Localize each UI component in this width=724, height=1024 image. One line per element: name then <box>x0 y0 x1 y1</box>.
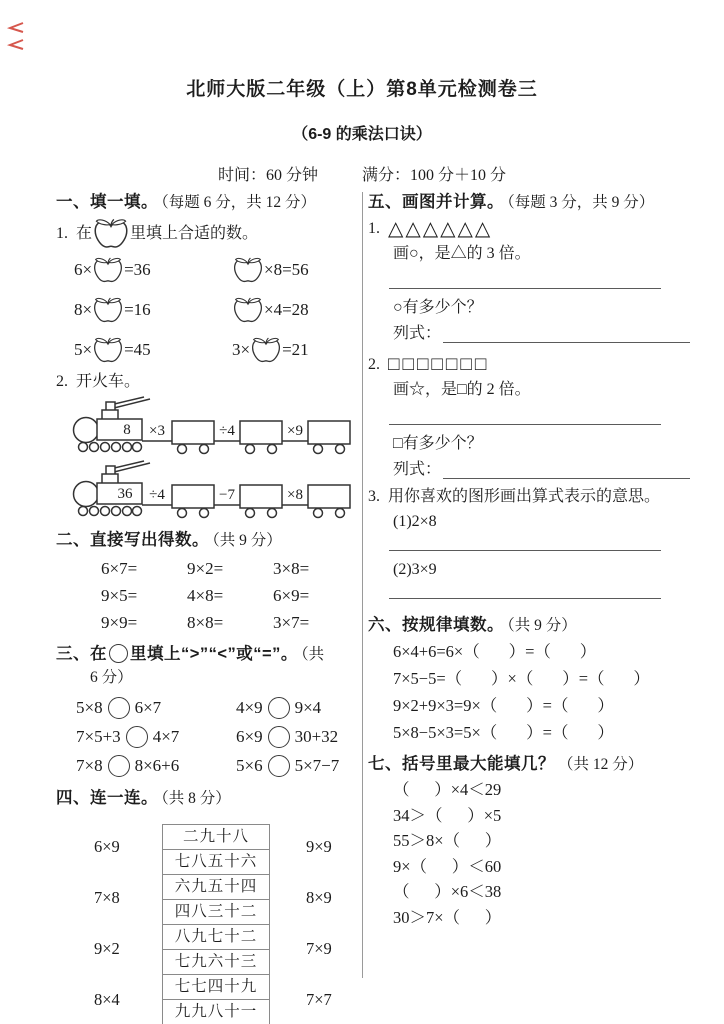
match-cell: 六九五十四 <box>162 874 270 900</box>
circle-placeholder-icon <box>268 726 290 748</box>
right-column: 五、画图并计算。（每题 3 分，共 9 分） 1. △△△△△△ 画○，是△的 … <box>368 190 712 930</box>
compare-item: 5×65×7−7 <box>236 755 339 777</box>
match-cell: 七九六十三 <box>162 949 270 975</box>
apple-icon <box>92 296 124 324</box>
question-number: 2. <box>56 370 76 394</box>
question-text-before: 在 <box>76 222 92 246</box>
circle-placeholder-icon <box>268 755 290 777</box>
section5-heading: 五、画图并计算。（每题 3 分，共 9 分） <box>368 190 712 215</box>
circle-placeholder-icon <box>108 697 130 719</box>
triangle-shapes: △△△△△△ <box>388 217 492 241</box>
apple-equation: ×8=56 <box>232 256 309 284</box>
sub-item: (2)3×9 <box>393 557 712 583</box>
section2-score: （共 9 分） <box>212 532 282 549</box>
calc-grid: 6×7=9×2=3×8= 9×5=4×8=6×9= 9×9=8×8=3×7= <box>101 555 358 636</box>
question-text: 开火车。 <box>76 370 140 394</box>
calc-item: 3×7= <box>273 609 359 636</box>
apple-equation: 6×=36 <box>74 256 232 284</box>
circle-placeholder-icon <box>126 726 148 748</box>
compare-item: 4×99×4 <box>236 697 321 719</box>
section5-score: （每题 3 分，共 9 分） <box>507 194 654 211</box>
section2-heading: 二、直接写出得数。（共 9 分） <box>56 528 358 553</box>
compare-item: 5×86×7 <box>76 697 236 719</box>
section7-heading: 七、括号里最大能填几？（共 12 分） <box>368 752 712 777</box>
answer-blank <box>389 288 661 289</box>
time-label: 时间：60 分钟 <box>218 167 318 184</box>
answer-blank <box>389 424 661 425</box>
section4-title: 四、连一连。 <box>56 789 158 807</box>
train-start-number: 36 <box>118 486 134 502</box>
equation-line: 列式： <box>393 321 690 347</box>
match-item: 7×8 <box>94 887 148 909</box>
question-5-1: 1. △△△△△△ <box>368 217 712 241</box>
apple-icon <box>92 256 124 284</box>
apple-icon <box>250 336 282 364</box>
apple-icon <box>92 217 130 250</box>
max-fill-row: 34＞（ ）×5 <box>393 803 712 829</box>
train-row-2: 36 ÷4 −7 ×8 <box>70 460 358 522</box>
calc-item: 8×8= <box>187 609 273 636</box>
header: 北师大版二年级（上）第8单元检测卷三 （6-9 的乘法口诀） 时间：60 分钟满… <box>0 0 724 185</box>
match-item: 6×9 <box>94 836 148 858</box>
circle-placeholder-icon <box>109 644 128 663</box>
match-cell: 九九八十一 <box>162 999 270 1024</box>
max-fill-row: 30＞7×（ ） <box>393 905 712 931</box>
match-item: 9×9 <box>306 836 332 858</box>
pattern-rows: 6×4+6=6×（ ）=（ ） 7×5−5=（ ）×（ ）=（ ） 9×2+9×… <box>368 638 712 746</box>
section6-score: （共 9 分） <box>507 617 577 634</box>
compare-row: 7×88×6+6 5×65×7−7 <box>76 751 358 780</box>
pattern-row: 6×4+6=6×（ ）=（ ） <box>393 638 712 665</box>
section1-score: （每题 6 分，共 12 分） <box>161 194 316 211</box>
apple-icon <box>92 336 124 364</box>
match-cell: 二九十八 <box>162 824 270 850</box>
apple-equation: 3×=21 <box>232 336 309 364</box>
compare-row: 5×86×7 4×99×4 <box>76 693 358 722</box>
match-cell: 七七四十九 <box>162 974 270 1000</box>
match-right-column: 9×9 8×9 7×9 7×7 <box>306 824 332 1024</box>
section4-score: （共 8 分） <box>161 790 231 807</box>
sub-item: (1)2×8 <box>393 509 712 535</box>
section6-heading: 六、按规律填数。（共 9 分） <box>368 613 712 638</box>
calc-item: 3×8= <box>273 555 359 582</box>
question-text: ○有多少个？ <box>393 295 712 321</box>
section1-heading: 一、填一填。（每题 6 分，共 12 分） <box>56 190 358 215</box>
column-divider <box>362 192 363 978</box>
section7-score: （共 12 分） <box>558 756 643 773</box>
calc-item: 6×7= <box>101 555 187 582</box>
exam-meta: 时间：60 分钟满分：100 分＋10 分 <box>0 162 724 185</box>
match-item: 7×9 <box>306 938 332 960</box>
answer-blank <box>443 342 690 343</box>
max-fill-row: （ ）×4＜29 <box>393 777 712 803</box>
apple-equation-row: 6×=36 ×8=56 <box>74 250 358 290</box>
draw-instruction: 画☆，是□的 2 倍。 <box>393 377 712 403</box>
compare-item: 6×930+32 <box>236 726 338 748</box>
train-operator: ×8 <box>287 487 303 503</box>
page-title: 北师大版二年级（上）第8单元检测卷三 <box>0 0 724 101</box>
answer-blank <box>443 478 690 479</box>
section3-score-open: （共 <box>301 646 324 663</box>
draw-instruction: 画○，是△的 3 倍。 <box>393 241 712 267</box>
train-operator: ÷4 <box>149 487 165 503</box>
calc-item: 6×9= <box>273 582 359 609</box>
pattern-row: 7×5−5=（ ）×（ ）=（ ） <box>393 665 712 692</box>
match-exercise: 6×9 7×8 9×2 8×4 二九十八 七八五十六 六九五十四 四八三十二 八… <box>94 824 358 1024</box>
pattern-row: 9×2+9×3=9×（ ）=（ ） <box>393 692 712 719</box>
train-operator: ×3 <box>149 423 165 439</box>
answer-blank <box>389 598 661 599</box>
left-column: 一、填一填。（每题 6 分，共 12 分） 1. 在 里填上合适的数。 6×=3… <box>56 190 358 1024</box>
max-fill-row: 9×（ ）＜60 <box>393 854 712 880</box>
equation-line: 列式： <box>393 457 690 483</box>
question-text: 用你喜欢的图形画出算式表示的意思。 <box>388 485 660 509</box>
question-5-2: 2. □□□□□□□ <box>368 353 712 377</box>
calc-item: 9×9= <box>101 609 187 636</box>
question-number: 2. <box>368 353 388 377</box>
compare-row: 7×5+34×7 6×930+32 <box>76 722 358 751</box>
section4-heading: 四、连一连。（共 8 分） <box>56 786 358 811</box>
section2-title: 二、直接写出得数。 <box>56 531 209 549</box>
question-number: 3. <box>368 485 388 509</box>
question-5-3: 3. 用你喜欢的图形画出算式表示的意思。 <box>368 485 712 509</box>
section3-heading: 三、在里填上“>”“<”或“=”。（共 <box>56 642 358 667</box>
train-start-number: 8 <box>123 422 131 438</box>
apple-equation-row: 5×=45 3×=21 <box>74 330 358 370</box>
train-operator: −7 <box>219 487 235 503</box>
question-1-2: 2. 开火车。 <box>56 370 358 394</box>
circle-placeholder-icon <box>108 755 130 777</box>
page-subtitle: （6-9 的乘法口诀） <box>0 121 724 144</box>
calc-item: 4×8= <box>187 582 273 609</box>
max-fill-row: 55＞8×（ ） <box>393 828 712 854</box>
match-cell: 四八三十二 <box>162 899 270 925</box>
calc-item: 9×2= <box>187 555 273 582</box>
section3-score-close: 6 分） <box>90 667 358 689</box>
compare-item: 7×88×6+6 <box>76 755 236 777</box>
question-number: 1. <box>56 222 76 246</box>
question-1-1: 1. 在 里填上合适的数。 <box>56 217 358 250</box>
apple-equation: ×4=28 <box>232 296 309 324</box>
fullscore-label: 满分：100 分＋10 分 <box>362 167 506 184</box>
section3-title: 里填上“>”“<”或“=”。 <box>130 645 298 663</box>
match-item: 9×2 <box>94 938 148 960</box>
pattern-row: 5×8−5×3=5×（ ）=（ ） <box>393 719 712 746</box>
match-cell: 七八五十六 <box>162 849 270 875</box>
apple-equation: 8×=16 <box>74 296 232 324</box>
max-fill-row: （ ）×6＜38 <box>393 879 712 905</box>
train-operator: ÷4 <box>219 423 235 439</box>
match-item: 7×7 <box>306 989 332 1011</box>
compare-item: 7×5+34×7 <box>76 726 236 748</box>
apple-equations: 6×=36 ×8=56 8×=16 ×4=28 5×=45 3×=21 <box>74 250 358 370</box>
match-item: 8×9 <box>306 887 332 909</box>
equation-label: 列式： <box>393 457 441 483</box>
section3-title-pre: 三、在 <box>56 645 107 663</box>
answer-blank <box>389 550 661 551</box>
circle-placeholder-icon <box>268 697 290 719</box>
match-left-column: 6×9 7×8 9×2 8×4 <box>94 824 148 1024</box>
apple-equation: 5×=45 <box>74 336 232 364</box>
apple-icon <box>232 296 264 324</box>
section6-title: 六、按规律填数。 <box>368 616 504 634</box>
train-row-1: 8 ×3 ÷4 ×9 <box>70 396 358 458</box>
train-operator: ×9 <box>287 423 303 439</box>
max-fill-rows: （ ）×4＜29 34＞（ ）×5 55＞8×（ ） 9×（ ）＜60 （ ）×… <box>368 777 712 930</box>
equation-label: 列式： <box>393 321 441 347</box>
section7-title: 七、括号里最大能填几？ <box>368 755 555 773</box>
match-cell: 八九七十二 <box>162 924 270 950</box>
question-text: □有多少个？ <box>393 431 712 457</box>
question-text-after: 里填上合适的数。 <box>130 222 258 246</box>
section5-title: 五、画图并计算。 <box>368 193 504 211</box>
section1-title: 一、填一填。 <box>56 193 158 211</box>
match-table: 二九十八 七八五十六 六九五十四 四八三十二 八九七十二 七九六十三 七七四十九… <box>162 824 270 1024</box>
calc-item: 9×5= <box>101 582 187 609</box>
worksheet-page: 北师大版二年级（上）第8单元检测卷三 （6-9 的乘法口诀） 时间：60 分钟满… <box>0 0 724 1024</box>
match-item: 8×4 <box>94 989 148 1011</box>
square-shapes: □□□□□□□ <box>388 353 489 377</box>
apple-icon <box>232 256 264 284</box>
compare-grid: 5×86×7 4×99×4 7×5+34×7 6×930+32 7×88×6+6… <box>76 693 358 780</box>
question-number: 1. <box>368 217 388 241</box>
apple-equation-row: 8×=16 ×4=28 <box>74 290 358 330</box>
